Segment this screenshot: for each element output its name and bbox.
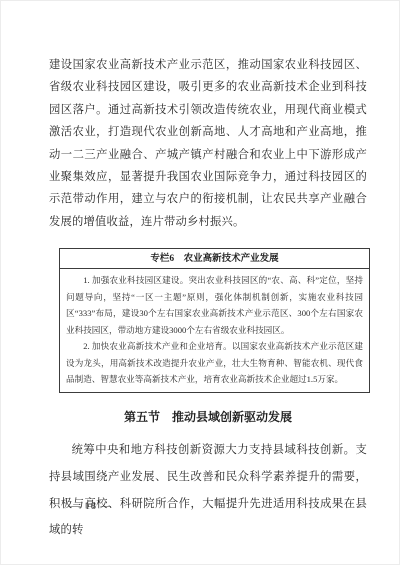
column-box-6: 专栏6 农业高新技术产业发展 1. 加强农业科技园区建设。突出农业科技园区的“农…	[59, 248, 370, 393]
document-page: 建设国家农业高新技术产业示范区，推动国家农业科技园区、省级农业科技园区建设，吸引…	[0, 0, 400, 565]
page-number: — 18 —	[59, 501, 123, 512]
column-box-item-2: 2. 加快农业高新技术产业和企业培育。以国家农业高新技术产业示范区建设为龙头，用…	[66, 338, 363, 388]
column-box-title: 专栏6 农业高新技术产业发展	[60, 249, 369, 269]
paragraph-county-innovation: 统筹中央和地方科技创新资源大力支持县域科技创新。支持县域围绕产业发展、民生改善和…	[49, 437, 367, 545]
column-box-body: 1. 加强农业科技园区建设。突出农业科技园区的“农、高、科”定位，坚持问题导向，…	[60, 269, 369, 392]
column-box-item-1: 1. 加强农业科技园区建设。突出农业科技园区的“农、高、科”定位，坚持问题导向，…	[66, 272, 363, 338]
paragraph-agri-hightech-zones: 建设国家农业高新技术产业示范区，推动国家农业科技园区、省级农业科技园区建设，吸引…	[49, 54, 367, 233]
section-heading: 第五节 推动县域创新驱动发展	[49, 409, 367, 426]
